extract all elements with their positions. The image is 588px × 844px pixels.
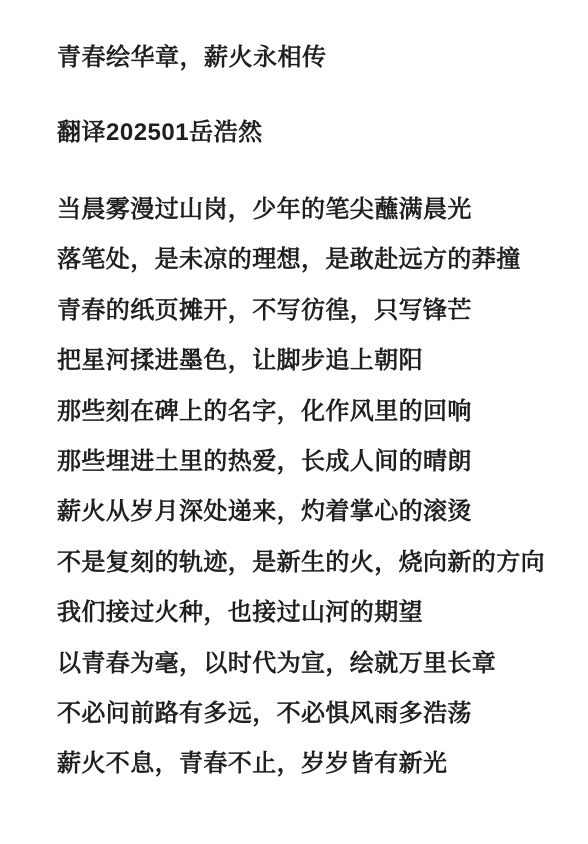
- poem-line: 青春的纸页摊开，不写彷徨，只写锋芒: [57, 286, 552, 336]
- poem-line: 不必问前路有多远，不必惧风雨多浩荡: [57, 689, 552, 739]
- poem-line: 以青春为毫，以时代为宣，绘就万里长章: [57, 639, 552, 689]
- poem-line: 落笔处，是未凉的理想，是敢赴远方的莽撞: [57, 235, 552, 285]
- poem-line: 当晨雾漫过山岗，少年的笔尖蘸满晨光: [57, 185, 552, 235]
- poem-line: 不是复刻的轨迹，是新生的火，烧向新的方向: [57, 538, 552, 588]
- poem-line: 薪火不息，青春不止，岁岁皆有新光: [57, 739, 552, 789]
- poem-line: 薪火从岁月深处递来，灼着掌心的滚烫: [57, 487, 552, 537]
- poem-line: 把星河揉进墨色，让脚步追上朝阳: [57, 336, 552, 386]
- poem-body: 当晨雾漫过山岗，少年的笔尖蘸满晨光 落笔处，是未凉的理想，是敢赴远方的莽撞 青春…: [57, 185, 552, 790]
- document-byline: 翻译202501岳浩然: [57, 119, 552, 147]
- poem-line: 我们接过火种，也接过山河的期望: [57, 588, 552, 638]
- document-page: 青春绘华章，薪火永相传 翻译202501岳浩然 当晨雾漫过山岗，少年的笔尖蘸满晨…: [0, 0, 588, 844]
- poem-line: 那些刻在碑上的名字，化作风里的回响: [57, 387, 552, 437]
- document-title: 青春绘华章，薪火永相传: [57, 44, 552, 72]
- poem-line: 那些埋进土里的热爱，长成人间的晴朗: [57, 437, 552, 487]
